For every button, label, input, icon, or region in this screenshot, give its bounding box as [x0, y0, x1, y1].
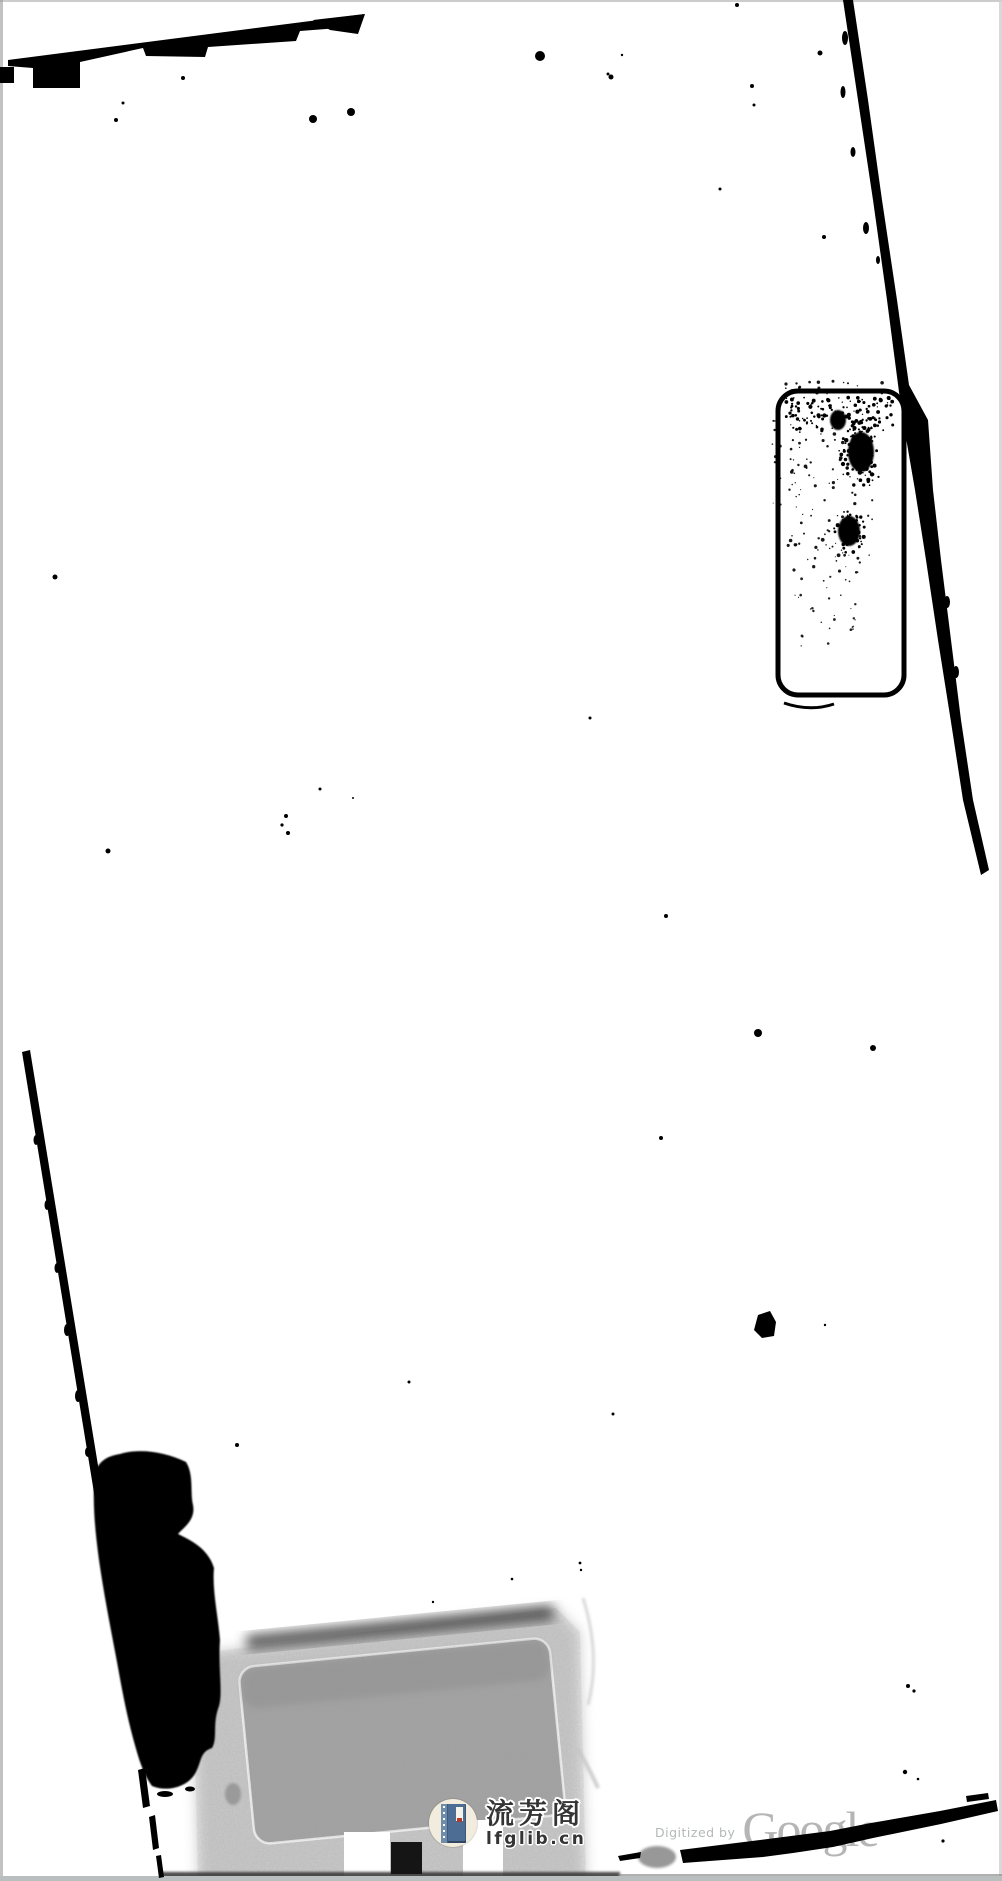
ink-wedge-top-left	[0, 14, 365, 105]
library-stamp-outline	[772, 380, 904, 708]
watermark-site-name: 流芳阁	[486, 1799, 586, 1828]
scanned-page: Digitized by Google	[0, 0, 1002, 1881]
watermark-text: 流芳阁 lfglib.cn	[486, 1799, 586, 1849]
book-stitch-dots	[443, 1806, 445, 1841]
ink-blob-mid-right	[754, 1311, 826, 1338]
watermark-site-url: lfglib.cn	[486, 1829, 586, 1849]
watermark-circle	[429, 1799, 477, 1847]
book-red-seal	[457, 1818, 462, 1822]
book-icon	[441, 1804, 466, 1843]
watermark-badge: 流芳阁 lfglib.cn	[429, 1799, 586, 1849]
page-speck-marks	[53, 3, 916, 1693]
pocket-notch-mark	[391, 1842, 422, 1874]
ink-artifact-layer	[0, 0, 1002, 1881]
ink-blot-bottom-left	[94, 1443, 239, 1797]
